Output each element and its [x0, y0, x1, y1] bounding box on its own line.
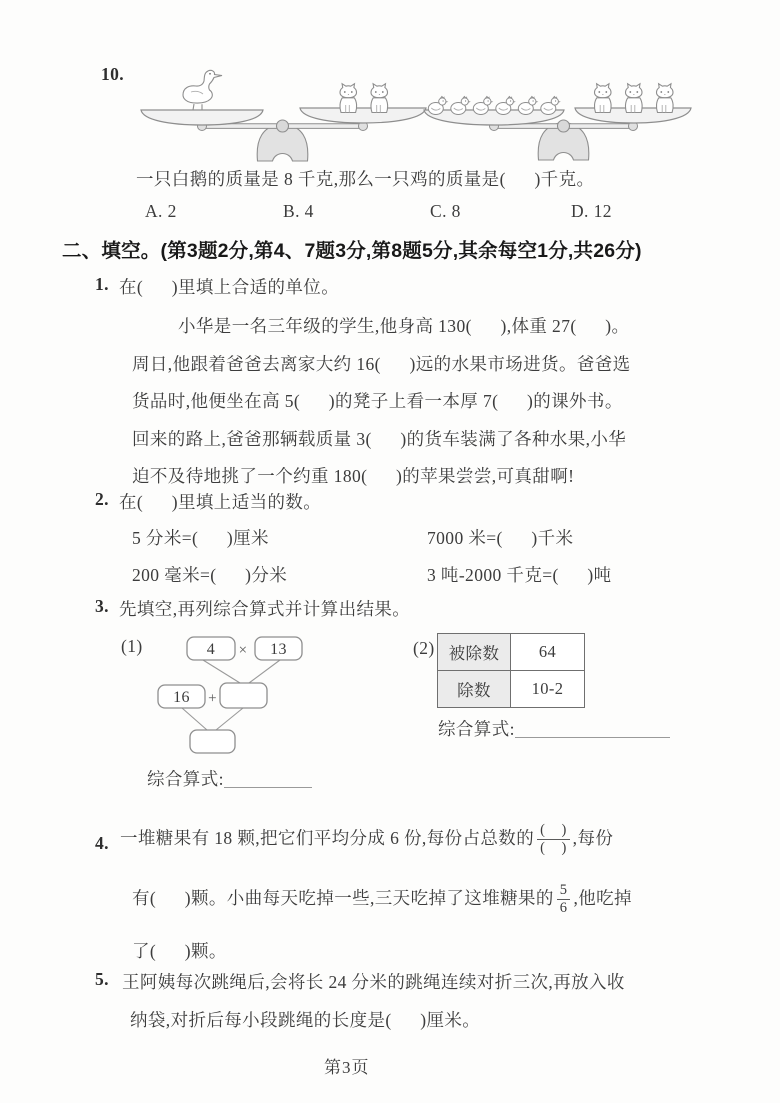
answer-blank-line [515, 723, 670, 738]
q1-number: 1. [95, 274, 109, 295]
section-header: 二、填空。(第3题2分,第4、7题3分,第8题5分,其余每空1分,共26分) [62, 235, 742, 263]
formula-line-2: 综合算式: [438, 716, 670, 741]
balance-scale-right [424, 108, 691, 160]
q1-paragraph: 小华是一名三年级的学生,他身高 130( ),体重 27( )。 周日,他跟着爸… [132, 308, 700, 496]
number-flow-diagram: 4 × 13 16 + [130, 628, 380, 763]
footer-page-number: 第3页 [324, 1053, 370, 1078]
scale-pivot [558, 120, 570, 132]
paragraph-line: 货品时,他便坐在高 5( )的凳子上看一本厚 7( )的课外书。 [132, 383, 700, 421]
q4-line-2: 有( )颗。小曲每天吃掉一些,三天吃掉了这堆糖果的56,他吃掉 [132, 882, 632, 918]
table-header-cell: 被除数 [438, 634, 511, 671]
q5-line-2: 纳袋,对折后每小段跳绳的长度是( )厘米。 [130, 1007, 480, 1032]
q2-item: 3 吨-2000 千克=( )吨 [427, 562, 612, 587]
q2-item: 7000 米=( )千米 [427, 525, 573, 550]
exam-page: 10. [0, 0, 780, 1103]
formula-label: 综合算式: [147, 769, 224, 789]
q5-line-1: 王阿姨每次跳绳后,会将长 24 分米的跳绳连续对折三次,再放入收 [122, 969, 625, 994]
scale-pivot [277, 120, 289, 132]
table-value-cell: 64 [511, 634, 585, 671]
q4-line-3: 了( )颗。 [132, 938, 227, 963]
answer-option-d: D. 12 [571, 201, 612, 222]
cat-icon [340, 84, 357, 113]
formula-line-1: 综合算式: [147, 766, 312, 791]
table-row: 被除数 64 [438, 634, 585, 671]
cat-icon [656, 84, 673, 113]
five-sixths-fraction: 56 [557, 882, 571, 918]
q10-number: 10. [101, 64, 124, 85]
q2-item: 200 毫米=( )分米 [132, 562, 287, 587]
flow-box-b-value: 13 [270, 641, 287, 658]
balance-scales-figure [130, 60, 710, 166]
q4-line-1: 一堆糖果有 18 颗,把它们平均分成 6 份,每份占总数的( )( ),每份 [120, 822, 613, 858]
q3-number: 3. [95, 596, 109, 617]
q5-number: 5. [95, 969, 109, 990]
goose-icon [183, 70, 222, 110]
balance-scale-left [141, 108, 426, 161]
paragraph-line: 回来的路上,爸爸那辆载质量 3( )的货车装满了各种水果,小华 [132, 421, 700, 459]
table-row: 除数 10-2 [438, 671, 585, 708]
cat-icon [371, 84, 388, 113]
q3-prompt: 先填空,再列综合算式并计算出结果。 [119, 596, 410, 621]
multiply-operator: × [239, 643, 248, 659]
cat-icon [594, 84, 611, 113]
flow-box-a-value: 4 [207, 641, 215, 658]
scale-pan [300, 108, 426, 123]
plus-operator: + [208, 691, 217, 707]
divisor-table: 被除数 64 除数 10-2 [437, 633, 585, 708]
q10-question: 一只白鹅的质量是 8 千克,那么一只鸡的质量是( )千克。 [136, 166, 594, 191]
scale-pan [141, 110, 263, 125]
cat-icon [625, 84, 642, 113]
q2-item: 5 分米=( )厘米 [132, 525, 269, 550]
answer-option-c: C. 8 [430, 201, 461, 222]
table-header-cell: 除数 [438, 671, 511, 708]
paragraph-line: 周日,他跟着爸爸去离家大约 16( )远的水果市场进货。爸爸选 [132, 346, 700, 384]
q2-prompt: 在( )里填上适当的数。 [119, 489, 321, 514]
table-value-cell: 10-2 [511, 671, 585, 708]
q4-number: 4. [95, 833, 109, 854]
formula-label: 综合算式: [438, 719, 515, 739]
paragraph-line: 小华是一名三年级的学生,他身高 130( ),体重 27( )。 [132, 308, 700, 346]
q2-number: 2. [95, 489, 109, 510]
animal-layer [183, 70, 673, 114]
flow-box-c-value: 16 [173, 689, 190, 706]
flow-box-result-blank [190, 730, 235, 753]
q3-part2-label: (2) [413, 638, 435, 659]
blank-fraction: ( )( ) [537, 822, 570, 858]
answer-blank-line [224, 773, 312, 788]
answer-option-a: A. 2 [145, 201, 177, 222]
q1-prompt: 在( )里填上合适的单位。 [119, 274, 339, 299]
answer-option-b: B. 4 [283, 201, 314, 222]
flow-box-blank [220, 683, 267, 708]
